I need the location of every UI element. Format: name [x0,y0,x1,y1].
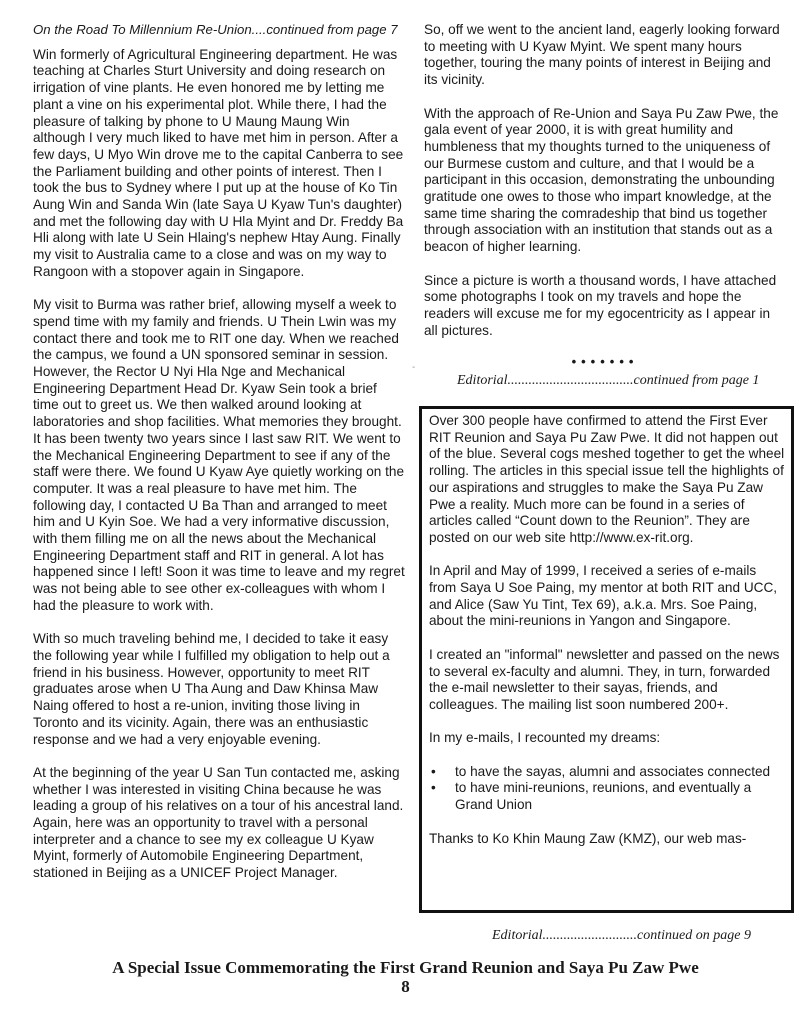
editorial-paragraph: In my e-mails, I recounted my dreams: [429,730,785,747]
article-continuation-header: On the Road To Millennium Re-Union....co… [33,22,405,39]
dreams-list: • to have the sayas, alumni and associat… [429,764,785,814]
section-separator-dots: ••••••• [424,354,786,371]
editorial-continued-on: Editorial...........................cont… [492,928,751,944]
editorial-paragraph: Thanks to Ko Khin Maung Zaw (KMZ), our w… [429,831,785,848]
editorial-paragraph: In April and May of 1999, I received a s… [429,563,785,630]
article-paragraph: With the approach of Re-Union and Saya P… [424,106,786,256]
left-column: On the Road To Millennium Re-Union....co… [33,22,405,899]
page-footer: A Special Issue Commemorating the First … [0,958,811,996]
article-paragraph: Win formerly of Agricultural Engineering… [33,47,405,281]
editorial-paragraph: Over 300 people have confirmed to attend… [429,413,785,547]
article-paragraph: With so much traveling behind me, I deci… [33,631,405,748]
article-paragraph: So, off we went to the ancient land, eag… [424,22,786,89]
article-paragraph: My visit to Burma was rather brief, allo… [33,297,405,614]
bullet-icon: • [431,780,436,797]
list-item: • to have the sayas, alumni and associat… [429,764,785,781]
list-item-text: to have the sayas, alumni and associates… [455,764,770,779]
article-paragraph: Since a picture is worth a thousand word… [424,273,786,340]
bullet-icon: • [431,764,436,781]
editorial-paragraph: I created an "informal" newsletter and p… [429,647,785,714]
right-column: So, off we went to the ancient land, eag… [424,22,786,373]
article-paragraph: At the beginning of the year U San Tun c… [33,765,405,882]
page-number: 8 [0,977,811,996]
issue-title: A Special Issue Commemorating the First … [112,958,699,977]
scan-mark: - [412,362,415,373]
editorial-box: Over 300 people have confirmed to attend… [419,406,794,913]
list-item-text: to have mini-reunions, reunions, and eve… [455,780,751,812]
editorial-continued-from: Editorial...............................… [457,373,759,389]
list-item: • to have mini-reunions, reunions, and e… [429,780,785,813]
